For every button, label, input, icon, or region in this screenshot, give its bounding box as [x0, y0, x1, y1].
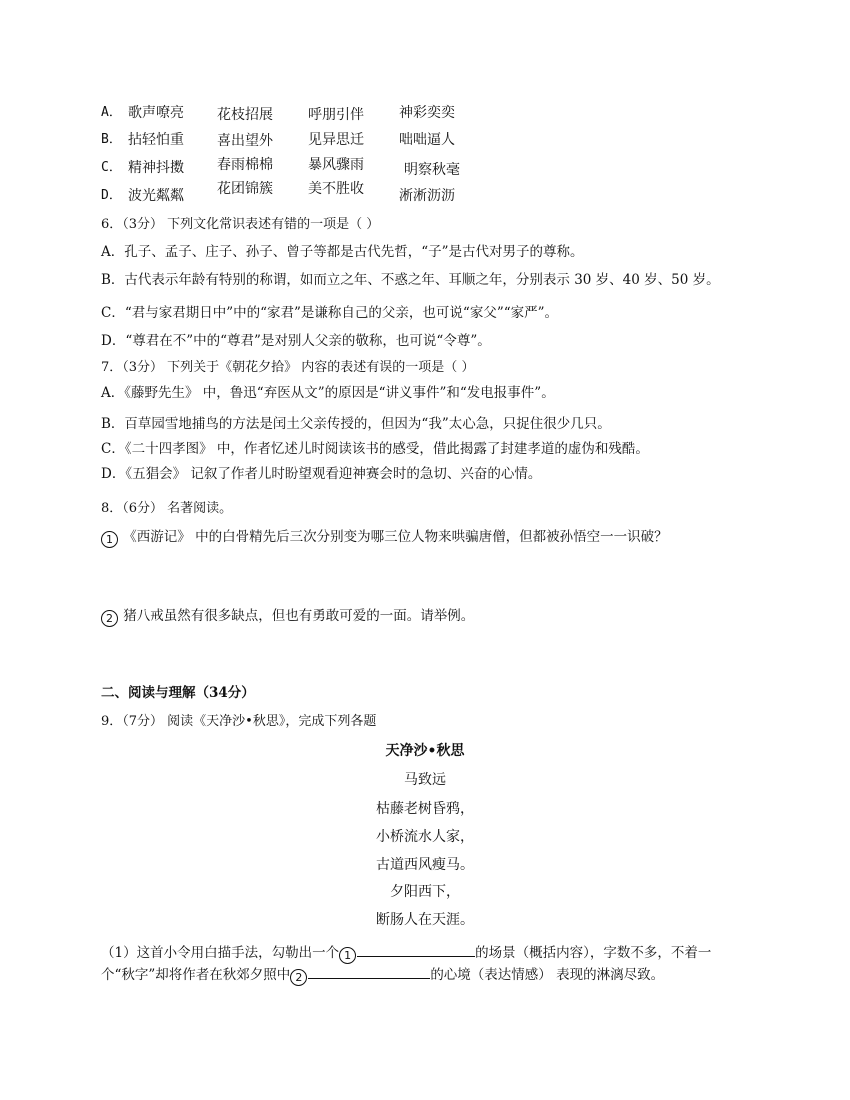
question-stem: 8．（6分） 名著阅读。 [101, 502, 232, 515]
option-a: A．《藤野先生》 中，鲁迅“弃医从文”的原因是“讲义事件”和“发电报事件”。 [101, 387, 555, 401]
option-word: 神彩奕奕 [399, 106, 455, 120]
option-word: 春雨棉棉 [217, 158, 273, 172]
option-label: A． [101, 106, 122, 119]
option-d: D．“尊君在不”中的“尊君”是对别人父亲的敬称，也可说“令尊”。 [101, 335, 491, 349]
text: 的心境（表达情感） 表现的淋漓尽致。 [430, 967, 664, 983]
poem-line: 断肠人在天涯。 [0, 913, 850, 927]
circled-number-1: 1 [339, 947, 356, 964]
option-word: 咄咄逼人 [399, 133, 455, 147]
answer-blank-1[interactable] [357, 944, 475, 957]
sub-question-text: 《西游记》 中的白骨精先后三次分别变为哪三位人物来哄骗唐僧，但都被孙悟空一一识破… [123, 529, 667, 545]
section-heading: 二、阅读与理解（34分） [101, 687, 255, 701]
poem-line: 古道西风瘦马。 [0, 858, 850, 872]
text: （1）这首小令用白描手法，勾勒出一个 [101, 945, 339, 961]
poem-author: 马致远 [0, 773, 850, 787]
option-word: 见异思迁 [308, 133, 364, 147]
option-label: B． [101, 133, 122, 146]
option-word: 淅淅沥沥 [399, 189, 455, 203]
sub-question-1-line-2: 个“秋字”却将作者在秋郊夕照中2的心境（表达情感） 表现的淋漓尽致。 [101, 966, 664, 986]
option-word: 花枝招展 [217, 108, 273, 122]
option-b: B．百草园雪地捕鸟的方法是闰土父亲传授的，但因为“我”太心急，只捉住很少几只。 [101, 418, 611, 432]
circled-number-2: 2 [290, 969, 307, 986]
option-label: C． [101, 161, 122, 174]
option-word: 明察秋毫 [404, 163, 460, 177]
poem-line: 枯藤老树昏鸦， [0, 802, 850, 816]
poem-line: 小桥流水人家， [0, 830, 850, 844]
option-label: D． [101, 189, 122, 202]
option-word: 呼朋引伴 [308, 108, 364, 122]
option-c: C．《二十四孝图》 中，作者忆述儿时阅读该书的感受，借此揭露了封建孝道的虚伪和残… [101, 443, 649, 457]
option-word: 歌声嘹亮 [128, 106, 184, 120]
text: 的场景（概括内容），字数不多，不着一 [475, 945, 711, 961]
option-d: D．《五猖会》 记叙了作者儿时盼望观看迎神赛会时的急切、兴奋的心情。 [101, 468, 541, 482]
question-stem: 7．（3分） 下列关于《朝花夕拾》 内容的表述有误的一项是（ ） [101, 361, 474, 374]
option-b: B．古代表示年龄有特别的称谓，如而立之年、不惑之年、耳顺之年，分别表示 30 岁… [101, 274, 720, 288]
sub-question-1-line-1: （1）这首小令用白描手法，勾勒出一个1的场景（概括内容），字数不多，不着一 [101, 944, 711, 964]
option-word: 精神抖擞 [128, 161, 184, 175]
option-word: 美不胜收 [308, 182, 364, 196]
option-word: 波光粼粼 [128, 189, 184, 203]
sub-question-text: 猪八戒虽然有很多缺点，但也有勇敢可爱的一面。请举例。 [123, 608, 474, 624]
text: 个“秋字”却将作者在秋郊夕照中 [101, 967, 290, 983]
option-a: A．孔子、孟子、庄子、孙子、曾子等都是古代先哲，“子”是古代对男子的尊称。 [101, 246, 584, 260]
option-word: 喜出望外 [217, 134, 273, 148]
question-stem: 6．（3分） 下列文化常识表述有错的一项是（ ） [101, 218, 379, 231]
option-word: 拈轻怕重 [128, 133, 184, 147]
answer-blank-2[interactable] [308, 966, 430, 979]
sub-question-1: 1 《西游记》 中的白骨精先后三次分别变为哪三位人物来哄骗唐僧，但都被孙悟空一一… [101, 531, 668, 548]
circled-number-1: 1 [101, 531, 118, 548]
question-stem: 9．（7分） 阅读《天净沙•秋思》，完成下列各题 [101, 715, 376, 728]
poem-line: 夕阳西下， [0, 885, 850, 899]
sub-question-2: 2 猪八戒虽然有很多缺点，但也有勇敢可爱的一面。请举例。 [101, 610, 474, 627]
option-c: C．“君与家君期日中”中的“家君”是谦称自己的父亲，也可说“家父”“家严”。 [101, 307, 558, 321]
option-word: 花团锦簇 [217, 182, 273, 196]
option-word: 暴风骤雨 [308, 158, 364, 172]
poem-title: 天净沙•秋思 [0, 744, 850, 758]
circled-number-2: 2 [101, 610, 118, 627]
